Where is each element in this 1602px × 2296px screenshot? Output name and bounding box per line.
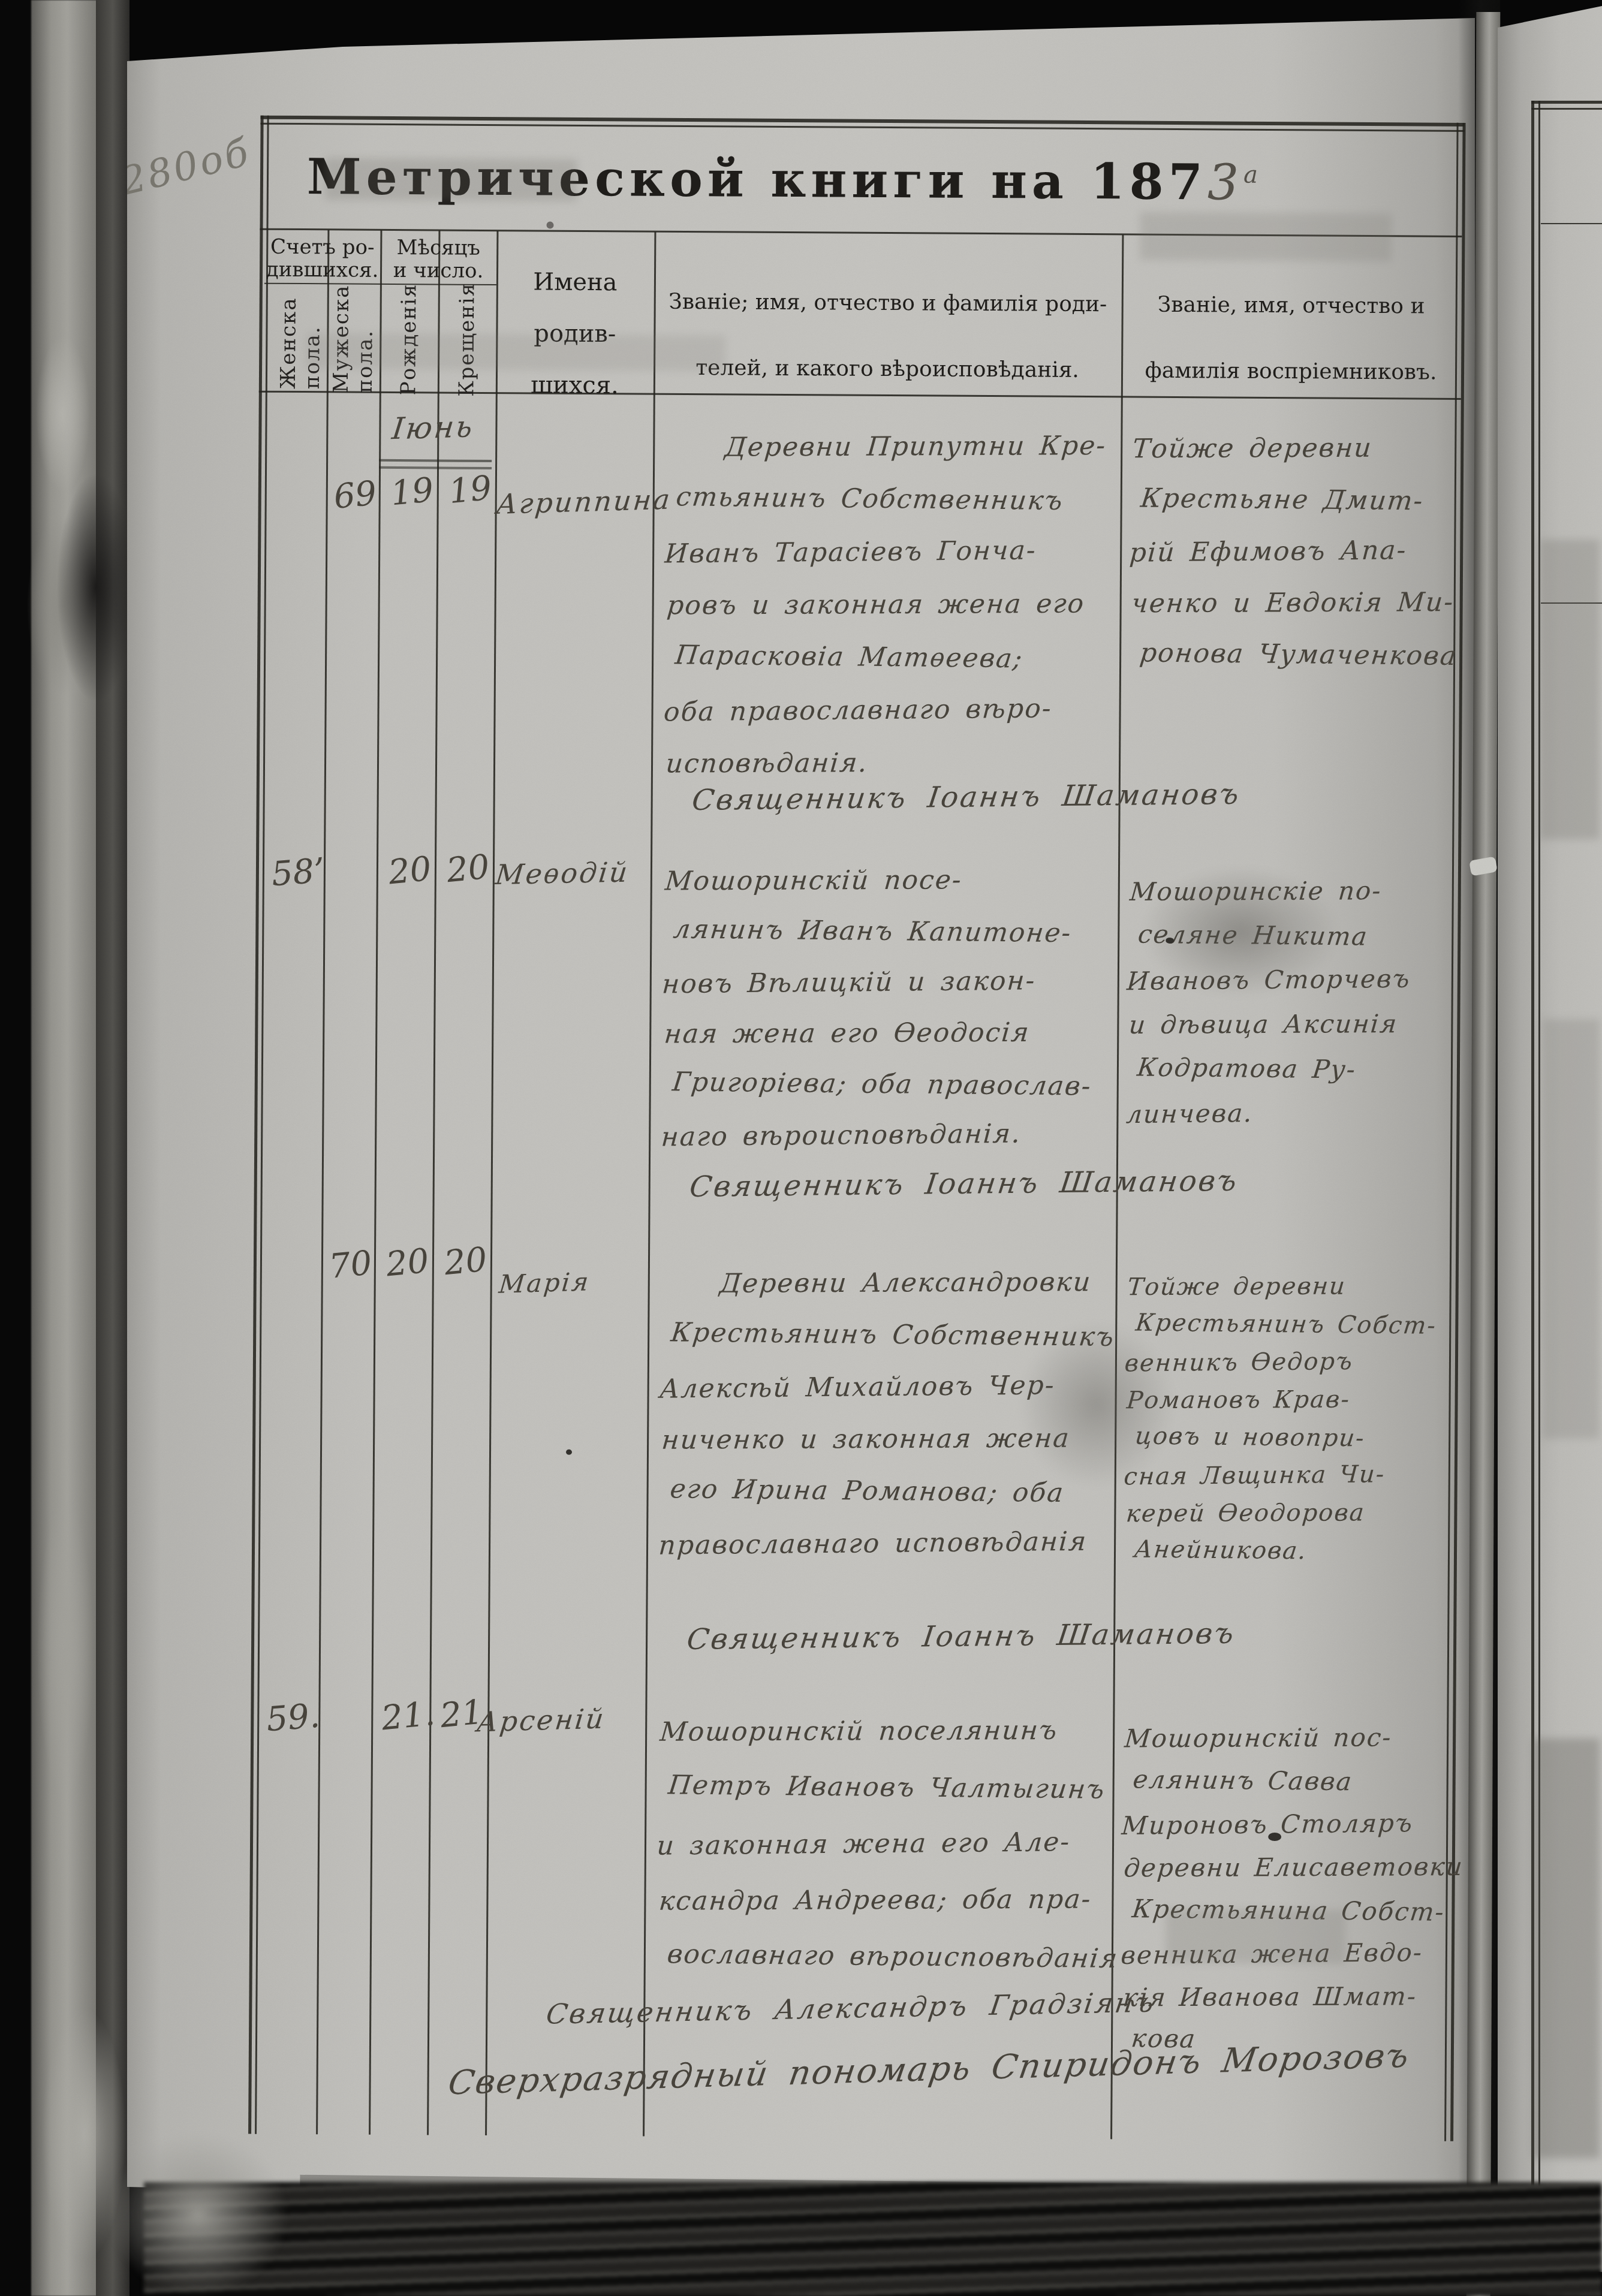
handwritten-line: и законная жена его Але- xyxy=(655,1813,1121,1874)
right-page-top-border-inner xyxy=(1531,108,1602,110)
pencil-smear xyxy=(1019,1320,1176,1489)
entry1-parents-text: Деревни Припутни Кре-стьянинъ Собственни… xyxy=(666,419,1107,791)
handwritten-line: Деревни Александровки xyxy=(718,1256,1118,1310)
month-underline-2 xyxy=(379,466,492,469)
ink-spot xyxy=(1268,1833,1281,1841)
column-line-birth-baptism xyxy=(427,230,440,2135)
handwritten-line: керей Ѳеодорова xyxy=(1125,1494,1437,1533)
handwritten-line: лянинъ Иванъ Капитоне- xyxy=(671,903,1096,959)
handwritten-line: ровъ и законная жена его xyxy=(665,577,1108,632)
year-flourish: а xyxy=(1243,161,1263,189)
right-page-bleedthrough xyxy=(1540,540,1600,839)
folio-number: 280об xyxy=(116,130,255,204)
header-date-group-line1: Мѣсяцъ xyxy=(380,236,496,260)
handwritten-line: Иванъ Тарасіевъ Гонча- xyxy=(663,524,1107,581)
ink-spot xyxy=(546,222,553,229)
ink-spot xyxy=(566,1450,572,1455)
handwritten-line: Кодратова Ру- xyxy=(1135,1045,1413,1093)
month-underline-1 xyxy=(379,459,492,462)
metrical-book-right-page xyxy=(1498,0,1602,2296)
entry4-birth-day: 21. xyxy=(380,1694,436,1738)
header-godparents: Званіе, имя, отчество и фамилія воспріем… xyxy=(1126,272,1456,405)
handwritten-line: Мироновъ Столяръ xyxy=(1121,1801,1465,1847)
header-date-group: Мѣсяцъ и число. xyxy=(380,236,496,282)
left-page-edges-dark xyxy=(96,0,130,2296)
entry3-baptism-day: 20 xyxy=(442,1240,489,1283)
header-names-line1: Имена xyxy=(496,256,655,309)
bottom-left-paper-scraps xyxy=(108,2134,288,2296)
handwritten-line: кія Иванова Шмат- xyxy=(1121,1975,1464,2019)
year-handwritten: 3а xyxy=(1207,154,1263,212)
bleedthrough-mark xyxy=(306,333,725,371)
handwritten-line: ксандра Андреева; оба пра- xyxy=(657,1871,1121,1929)
header-count-group-line1: Счетъ ро- xyxy=(264,236,380,259)
handwritten-line: цовъ и новопри- xyxy=(1133,1418,1438,1459)
bleedthrough-mark xyxy=(1140,212,1392,262)
handwritten-line: елянинъ Савва xyxy=(1131,1758,1467,1804)
entry2-baptism-day: 20 xyxy=(445,847,491,890)
printed-table: 280об Метрической книги на 1873а Счетъ р… xyxy=(114,0,1475,2296)
column-line-male-female xyxy=(316,230,329,2134)
right-page-row-line xyxy=(1541,223,1602,224)
handwritten-line: Тойже деревни xyxy=(1126,1267,1438,1306)
handwritten-line: наго вѣроисповѣданія. xyxy=(660,1108,1093,1163)
header-godparents-line2: фамилія воспріемниковъ. xyxy=(1126,338,1456,405)
column-line-names-parents xyxy=(643,232,656,2137)
entry3-child-name: Марія xyxy=(498,1267,591,1298)
metrical-book-left-page: 280об Метрической книги на 1873а Счетъ р… xyxy=(127,0,1475,2296)
entry2-number-male: 58’ xyxy=(270,851,326,894)
bleedthrough-mark xyxy=(1166,1909,1346,1964)
handwritten-line: рій Ефимовъ Апа- xyxy=(1128,525,1459,579)
crumple-shadow xyxy=(57,474,135,701)
right-page-bleedthrough xyxy=(1543,1019,1600,1439)
header-parents-line2: телей, и какого вѣроисповѣданія. xyxy=(660,335,1116,404)
handwritten-line: Мошоринскій посе- xyxy=(663,854,1095,906)
crumple-highlight xyxy=(33,959,93,1211)
month-note: Іюнь xyxy=(390,409,476,446)
handwritten-line: Крестьянинъ Собст- xyxy=(1134,1304,1439,1345)
handwritten-line: новъ Вѣлицкій и закон- xyxy=(661,955,1094,1010)
entry3-clergy-signature: Священникъ Іоаннъ Шамановъ xyxy=(685,1617,1237,1656)
handwritten-line: и дѣвица Аксинія xyxy=(1127,1002,1412,1047)
crumple-highlight xyxy=(36,336,90,492)
entry1-godparents-text: Тойже деревниКрестьяне Дмит-рій Ефимовъ … xyxy=(1131,422,1459,682)
scanned-metrical-book-photo: { "meta": { "colors": { "background": "#… xyxy=(0,0,1602,2296)
closing-sexton-signature: Сверхразрядный пономарь Спиридонъ Морозо… xyxy=(445,2036,1413,2103)
handwritten-line: ронова Чумаченкова xyxy=(1137,627,1460,682)
handwritten-line: ная жена его Ѳеодосія xyxy=(662,1007,1094,1059)
handwritten-line: ченко и Евдокія Ми- xyxy=(1130,577,1460,629)
header-count-group-line2: дившихся. xyxy=(264,258,380,282)
entry2-clergy-signature: Священникъ Іоаннъ Шамановъ xyxy=(688,1164,1240,1204)
entry3-birth-day: 20 xyxy=(384,1242,430,1285)
right-page-top-border-outer xyxy=(1531,101,1602,104)
header-godparents-line1: Званіе, имя, отчество и xyxy=(1126,272,1456,339)
entry4-number-male: 59. xyxy=(265,1697,321,1740)
entry4-child-name: Арсеній xyxy=(475,1703,607,1738)
handwritten-line: православнаго исповѣданія xyxy=(657,1515,1115,1571)
handwritten-line: Григоріева; оба православ- xyxy=(670,1056,1095,1111)
ink-spot xyxy=(1166,938,1174,944)
right-page-handwriting-edge xyxy=(1534,1738,1600,2158)
handwritten-line: стьянинъ Собственникъ xyxy=(673,471,1109,528)
handwritten-line: деревни Елисаветовки xyxy=(1122,1845,1465,1890)
closing-priest-signature: Священникъ Александръ Градзіянъ xyxy=(544,1986,1158,2030)
handwritten-line: Петръ Ивановъ Чалтыгинъ xyxy=(665,1757,1122,1818)
handwritten-line: вославнаго вѣроисповѣданія xyxy=(664,1926,1122,1987)
crumple-highlight xyxy=(37,1499,94,1798)
entry2-child-name: Меѳодій xyxy=(494,856,631,891)
entry4-parents-text: Мошоринскій поселянинъПетръ Ивановъ Чалт… xyxy=(659,1702,1120,1987)
entry2-parents-text: Мошоринскій посе-лянинъ Иванъ Капитоне-н… xyxy=(664,854,1093,1162)
entry1-child-name: Агриппина xyxy=(495,483,673,520)
bleedthrough-mark xyxy=(325,158,577,201)
handwritten-line: Крестьяне Дмит- xyxy=(1138,472,1461,527)
handwritten-line: Мошоринскій пос- xyxy=(1123,1716,1466,1760)
header-count-group: Счетъ ро- дившихся. xyxy=(264,236,380,282)
handwritten-line: линчева. xyxy=(1125,1090,1411,1137)
handwritten-line: Деревни Припутни Кре- xyxy=(722,420,1109,474)
header-date-group-line2: и число. xyxy=(380,259,496,282)
entry1-clergy-signature: Священникъ Іоаннъ Шамановъ xyxy=(690,778,1243,817)
header-parents-line1: Званіе; имя, отчество и фамилія роди- xyxy=(660,269,1116,338)
entry1-baptism-day: 19 xyxy=(447,468,493,511)
entry1-birth-day: 19 xyxy=(389,471,435,514)
handwritten-line: оба православнаго вѣро- xyxy=(663,682,1107,739)
entry2-birth-day: 20 xyxy=(387,849,433,893)
handwritten-line: Тойже деревни xyxy=(1130,422,1461,475)
handwritten-line: Парасковіа Матѳеева; xyxy=(672,629,1108,686)
entry3-number-female: 70 xyxy=(327,1243,374,1286)
handwritten-line: Мошоринскій поселянинъ xyxy=(658,1702,1122,1760)
header-parents: Званіе; имя, отчество и фамилія роди- те… xyxy=(660,269,1116,404)
column-line-count-date xyxy=(369,230,382,2135)
pencil-smear xyxy=(1142,866,1340,999)
entry4-godparents-text: Мошоринскій пос-елянинъ СавваМироновъ Ст… xyxy=(1123,1715,1464,2062)
desk-cloth xyxy=(144,2182,1602,2296)
entry1-number-female: 69 xyxy=(332,474,378,517)
handwritten-line: Анейникова. xyxy=(1133,1531,1438,1572)
